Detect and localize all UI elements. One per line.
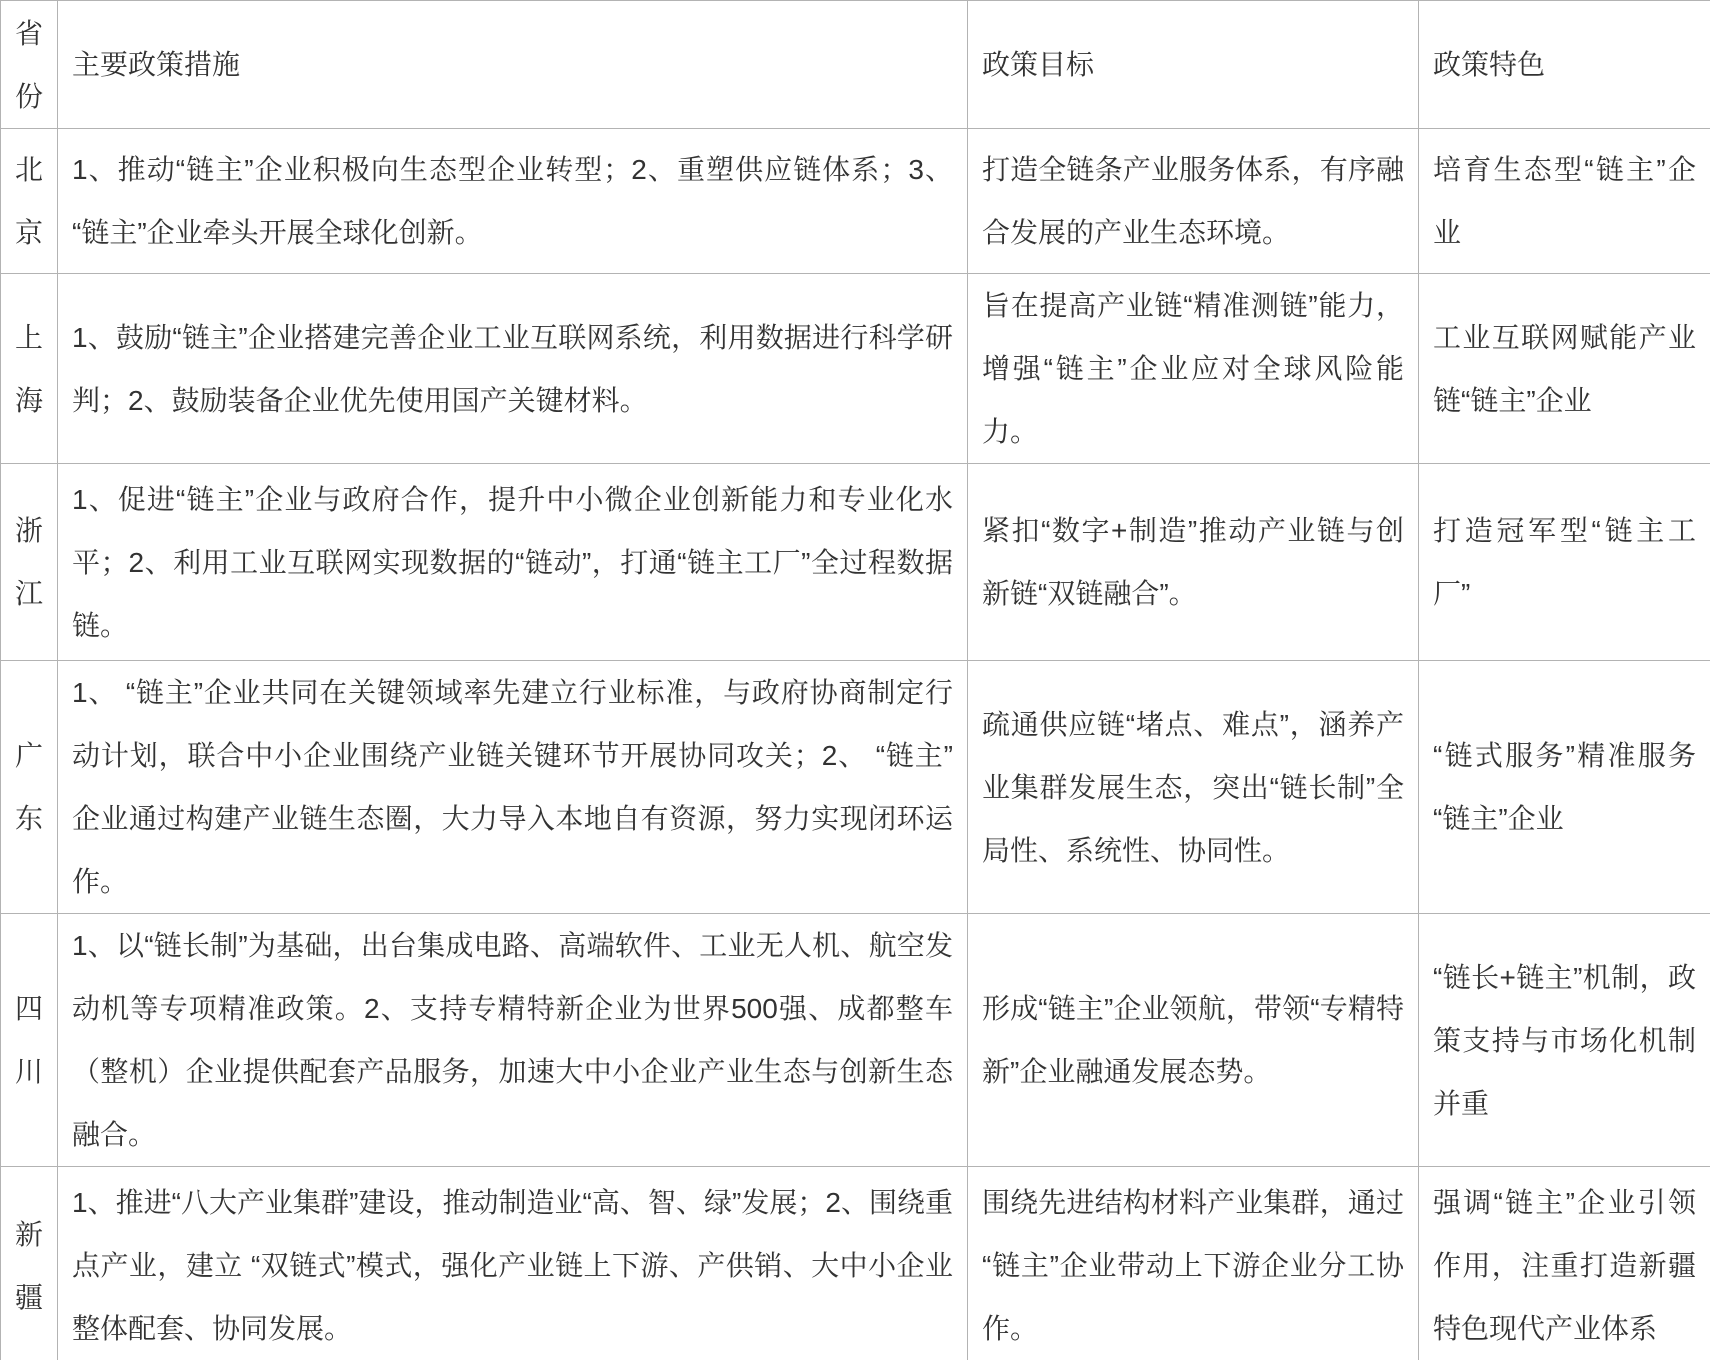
header-measures: 主要政策措施 [58,1,968,129]
sichuan-measures-cell: 1、以“链长制”为基础，出台集成电路、高端软件、工业无人机、航空发动机等专项精准… [58,914,968,1167]
table-row-shanghai: 上海 1、鼓励“链主”企业搭建完善企业工业互联网系统，利用数据进行科学研判；2、… [1,274,1710,464]
guangdong-features-cell: “链式服务”精准服务“链主”企业 [1419,661,1710,914]
shanghai-features-cell: 工业互联网赋能产业链“链主”企业 [1419,274,1710,464]
beijing-measures-cell: 1、推动“链主”企业积极向生态型企业转型；2、重塑供应链体系；3、 “链主”企业… [58,129,968,274]
policy-table: 省份 主要政策措施 政策目标 政策特色 北京 1、推动“链主”企业积极向生态型企… [0,0,1710,1360]
table-row-xinjiang: 新疆 1、推进“八大产业集群”建设，推动制造业“高、智、绿”发展；2、围绕重点产… [1,1167,1710,1360]
sichuan-goals-cell: 形成“链主”企业领航，带领“专精特新”企业融通发展态势。 [968,914,1419,1167]
xinjiang-measures-cell: 1、推进“八大产业集群”建设，推动制造业“高、智、绿”发展；2、围绕重点产业，建… [58,1167,968,1360]
xinjiang-features-cell: 强调“链主”企业引领作用，注重打造新疆特色现代产业体系 [1419,1167,1710,1360]
table-row-sichuan: 四川 1、以“链长制”为基础，出台集成电路、高端软件、工业无人机、航空发动机等专… [1,914,1710,1167]
shanghai-measures-cell: 1、鼓励“链主”企业搭建完善企业工业互联网系统，利用数据进行科学研判；2、鼓励装… [58,274,968,464]
header-province: 省份 [1,1,58,129]
xinjiang-goals-cell: 围绕先进结构材料产业集群，通过“链主”企业带动上下游企业分工协作。 [968,1167,1419,1360]
beijing-goals-cell: 打造全链条产业服务体系，有序融合发展的产业生态环境。 [968,129,1419,274]
shanghai-province-cell: 上海 [1,274,58,464]
sichuan-province-cell: 四川 [1,914,58,1167]
shanghai-goals-cell: 旨在提高产业链“精准测链”能力，增强“链主”企业应对全球风险能力。 [968,274,1419,464]
beijing-features-cell: 培育生态型“链主”企业 [1419,129,1710,274]
guangdong-goals-cell: 疏通供应链“堵点、难点”，涵养产业集群发展生态，突出“链长制”全局性、系统性、协… [968,661,1419,914]
sichuan-features-cell: “链长+链主”机制，政策支持与市场化机制并重 [1419,914,1710,1167]
zhejiang-features-cell: 打造冠军型“链主工厂” [1419,464,1710,661]
header-goals: 政策目标 [968,1,1419,129]
zhejiang-measures-cell: 1、促进“链主”企业与政府合作，提升中小微企业创新能力和专业化水平；2、利用工业… [58,464,968,661]
table-row-guangdong: 广东 1、 “链主”企业共同在关键领域率先建立行业标准，与政府协商制定行动计划，… [1,661,1710,914]
table-row-zhejiang: 浙江 1、促进“链主”企业与政府合作，提升中小微企业创新能力和专业化水平；2、利… [1,464,1710,661]
zhejiang-province-cell: 浙江 [1,464,58,661]
zhejiang-goals-cell: 紧扣“数字+制造”推动产业链与创新链“双链融合”。 [968,464,1419,661]
header-features: 政策特色 [1419,1,1710,129]
page: 省份 主要政策措施 政策目标 政策特色 北京 1、推动“链主”企业积极向生态型企… [0,0,1710,1360]
beijing-province-cell: 北京 [1,129,58,274]
table-row-beijing: 北京 1、推动“链主”企业积极向生态型企业转型；2、重塑供应链体系；3、 “链主… [1,129,1710,274]
xinjiang-province-cell: 新疆 [1,1167,58,1360]
table-header-row: 省份 主要政策措施 政策目标 政策特色 [1,1,1710,129]
guangdong-province-cell: 广东 [1,661,58,914]
guangdong-measures-cell: 1、 “链主”企业共同在关键领域率先建立行业标准，与政府协商制定行动计划，联合中… [58,661,968,914]
